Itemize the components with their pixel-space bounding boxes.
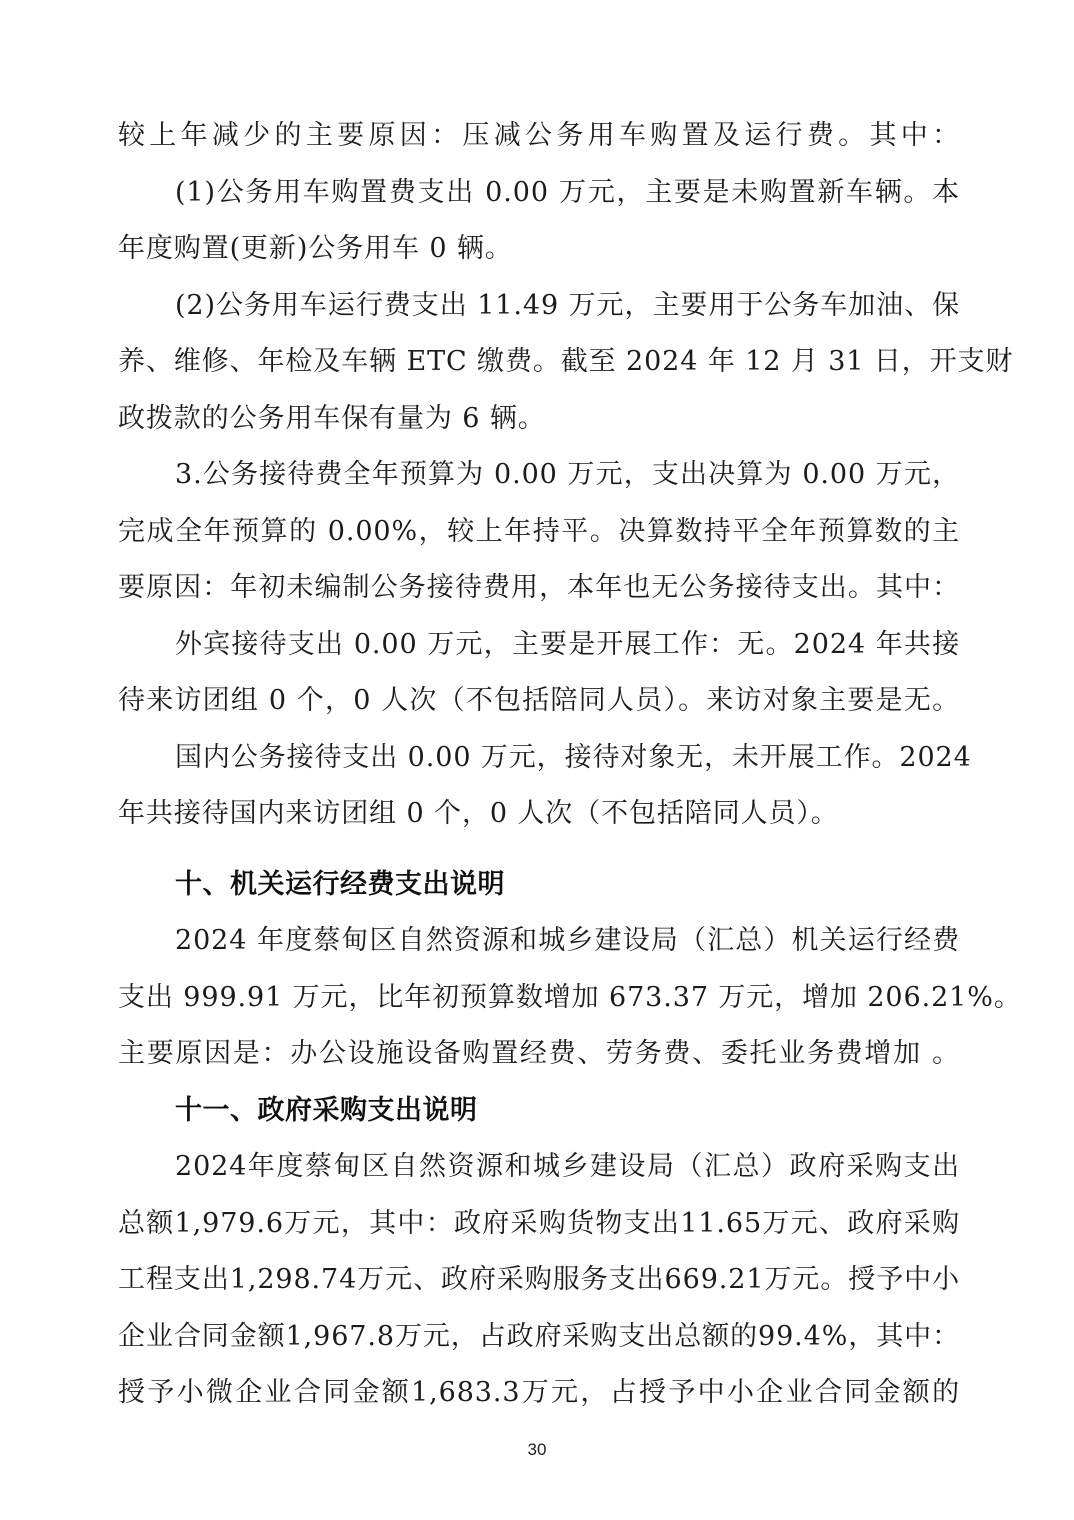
paragraph-line: 外宾接待支出 0.00 万元，主要是开展工作：无。2024 年共接 [118, 617, 960, 674]
section-heading-10: 十、机关运行经费支出说明 [118, 857, 960, 914]
paragraph-line: 养、维修、年检及车辆 ETC 缴费。截至 2024 年 12 月 31 日，开支… [118, 334, 960, 391]
page-body: 较上年减少的主要原因：压减公务用车购置及运行费。其中： (1)公务用车购置费支出… [118, 108, 960, 1422]
paragraph-line: 授予小微企业合同金额1,683.3万元，占授予中小企业合同金额的 [118, 1365, 960, 1422]
section-heading-11: 十一、政府采购支出说明 [118, 1083, 960, 1140]
paragraph-line: 企业合同金额1,967.8万元，占政府采购支出总额的99.4%，其中： [118, 1309, 960, 1366]
paragraph-line: 待来访团组 0 个，0 人次（不包括陪同人员）。来访对象主要是无。 [118, 673, 960, 730]
document-page: 较上年减少的主要原因：压减公务用车购置及运行费。其中： (1)公务用车购置费支出… [0, 0, 1074, 1520]
paragraph-line: 工程支出1,298.74万元、政府采购服务支出669.21万元。授予中小 [118, 1252, 960, 1309]
paragraph-line: 国内公务接待支出 0.00 万元，接待对象无，未开展工作。2024 [118, 730, 960, 787]
paragraph-line: (2)公务用车运行费支出 11.49 万元，主要用于公务车加油、保 [118, 278, 960, 335]
page-number: 30 [0, 1440, 1074, 1460]
paragraph-line: 2024 年度蔡甸区自然资源和城乡建设局（汇总）机关运行经费 [118, 913, 960, 970]
paragraph-line: 年共接待国内来访团组 0 个，0 人次（不包括陪同人员）。 [118, 786, 960, 843]
paragraph-line: 较上年减少的主要原因：压减公务用车购置及运行费。其中： [118, 108, 960, 165]
paragraph-line: 主要原因是：办公设施设备购置经费、劳务费、委托业务费增加 。 [118, 1026, 960, 1083]
paragraph-line: (1)公务用车购置费支出 0.00 万元，主要是未购置新车辆。本 [118, 165, 960, 222]
paragraph-line: 完成全年预算的 0.00%，较上年持平。决算数持平全年预算数的主 [118, 504, 960, 561]
paragraph-line: 3.公务接待费全年预算为 0.00 万元，支出决算为 0.00 万元， [118, 447, 960, 504]
paragraph-line: 支出 999.91 万元，比年初预算数增加 673.37 万元，增加 206.2… [118, 970, 960, 1027]
section-gap [118, 843, 960, 857]
paragraph-line: 年度购置(更新)公务用车 0 辆。 [118, 221, 960, 278]
paragraph-line: 政拨款的公务用车保有量为 6 辆。 [118, 391, 960, 448]
paragraph-line: 2024年度蔡甸区自然资源和城乡建设局（汇总）政府采购支出 [118, 1139, 960, 1196]
paragraph-line: 总额1,979.6万元，其中：政府采购货物支出11.65万元、政府采购 [118, 1196, 960, 1253]
paragraph-line: 要原因：年初未编制公务接待费用，本年也无公务接待支出。其中： [118, 560, 960, 617]
